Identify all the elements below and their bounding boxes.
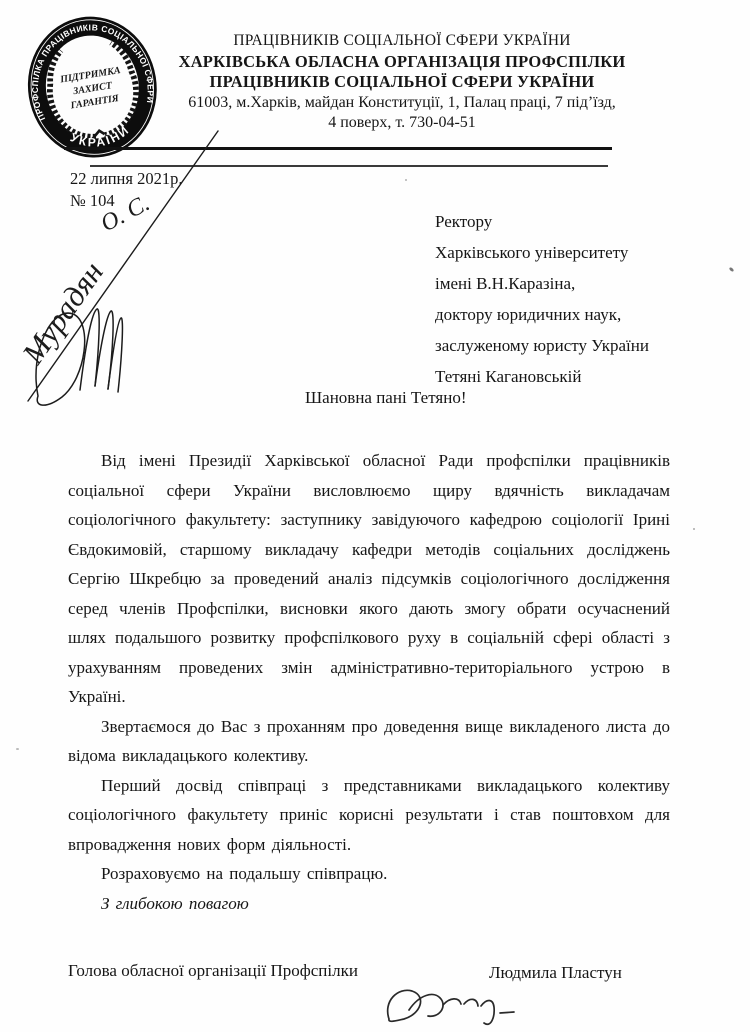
chairperson-signature (388, 990, 514, 1024)
handwritten-note-name: Мурадян (14, 255, 110, 371)
recipient-line: імені В.Н.Каразіна, (435, 268, 649, 299)
scan-speck (405, 179, 407, 181)
scan-speck (729, 267, 735, 273)
letterhead: ПРАЦІВНИКІВ СОЦІАЛЬНОЇ СФЕРИ УКРАЇНИ ХАР… (132, 31, 672, 134)
letterhead-rule-thin (90, 165, 608, 167)
closing-phrase: З глибокою повагою (68, 889, 670, 919)
letter-date: 22 липня 2021р. (70, 168, 182, 190)
recipient-line: Тетяні Кагановській (435, 361, 649, 392)
letter-number: № 104 (70, 190, 182, 212)
letter-document: ПРОФСПІЛКА ПРАЦІВНИКІВ СОЦІАЛЬНОЇ СФЕРИ … (0, 0, 750, 1032)
letterhead-rule-thick (64, 147, 612, 150)
scan-speck (693, 528, 695, 530)
body-paragraph-3: Перший досвід співпраці з представниками… (68, 771, 670, 860)
handwritten-loop (80, 309, 99, 390)
letterhead-org-line1: ПРАЦІВНИКІВ СОЦІАЛЬНОЇ СФЕРИ УКРАЇНИ (132, 31, 672, 52)
handwritten-loop (108, 318, 122, 392)
handwritten-loop (36, 313, 85, 405)
signer-title: Голова обласної організації Профспілки (68, 961, 358, 981)
recipient-line: Харківського університету (435, 237, 649, 268)
letterhead-org-line3: ПРАЦІВНИКІВ СОЦІАЛЬНОЇ СФЕРИ УКРАЇНИ (132, 72, 672, 93)
letterhead-address-line1: 61003, м.Харків, майдан Конституції, 1, … (132, 93, 672, 114)
scan-speck (16, 748, 19, 750)
recipient-line: доктору юридичних наук, (435, 299, 649, 330)
body-paragraph-4: Розраховуємо на подальшу співпрацю. (68, 859, 670, 889)
handwritten-loop (95, 311, 113, 389)
body-paragraph-1: Від імені Президії Харківської обласної … (68, 446, 670, 712)
letterhead-address-line2: 4 поверх, т. 730-04-51 (132, 113, 672, 134)
recipient-line: Ректору (435, 206, 649, 237)
letter-meta: 22 липня 2021р. № 104 (70, 168, 182, 212)
recipient-block: Ректору Харківського університету імені … (435, 206, 649, 392)
recipient-line: заслуженому юристу України (435, 330, 649, 361)
salutation: Шановна пані Тетяно! (305, 388, 467, 408)
letterhead-org-line2: ХАРКІВСЬКА ОБЛАСНА ОРГАНІЗАЦІЯ ПРОФСПІЛК… (132, 52, 672, 73)
letter-body: Від імені Президії Харківської обласної … (68, 446, 670, 918)
body-paragraph-2: Звертаємося до Вас з проханням про довед… (68, 712, 670, 771)
signer-name: Людмила Пластун (489, 963, 622, 983)
